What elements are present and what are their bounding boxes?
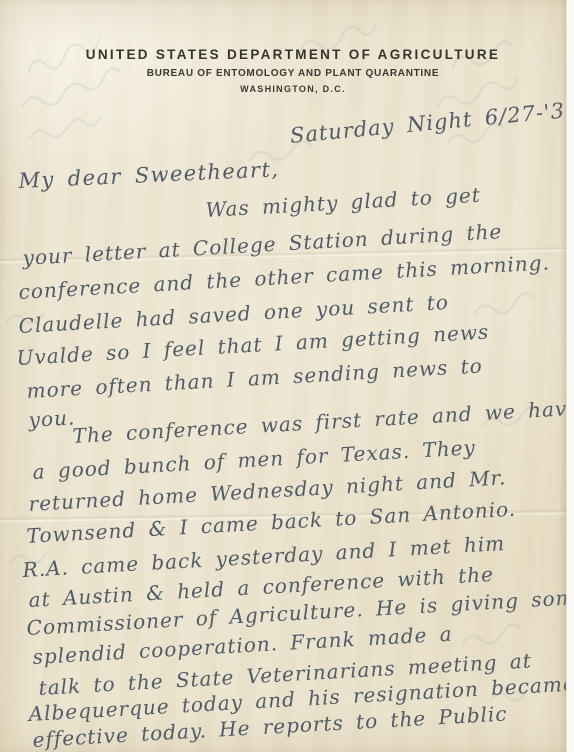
scanner-background-strip [566,0,574,752]
letterhead-bureau: BUREAU OF ENTOMOLOGY AND PLANT QUARANTIN… [6,68,574,79]
scanned-letter-page: UNITED STATES DEPARTMENT OF AGRICULTURE … [0,0,574,752]
letterhead-title: UNITED STATES DEPARTMENT OF AGRICULTURE [6,47,574,62]
letter-line: Was mighty glad to get [205,183,481,222]
letter-line: you. [28,405,76,432]
salutation: My dear Sweetheart, [18,157,280,193]
letter-line: The conference was first rate and we hav… [72,396,574,448]
letterhead-location: WASHINGTON, D.C. [6,84,574,94]
date-line: Saturday Night 6/27-'36 [289,97,574,148]
letterhead: UNITED STATES DEPARTMENT OF AGRICULTURE … [6,47,574,94]
